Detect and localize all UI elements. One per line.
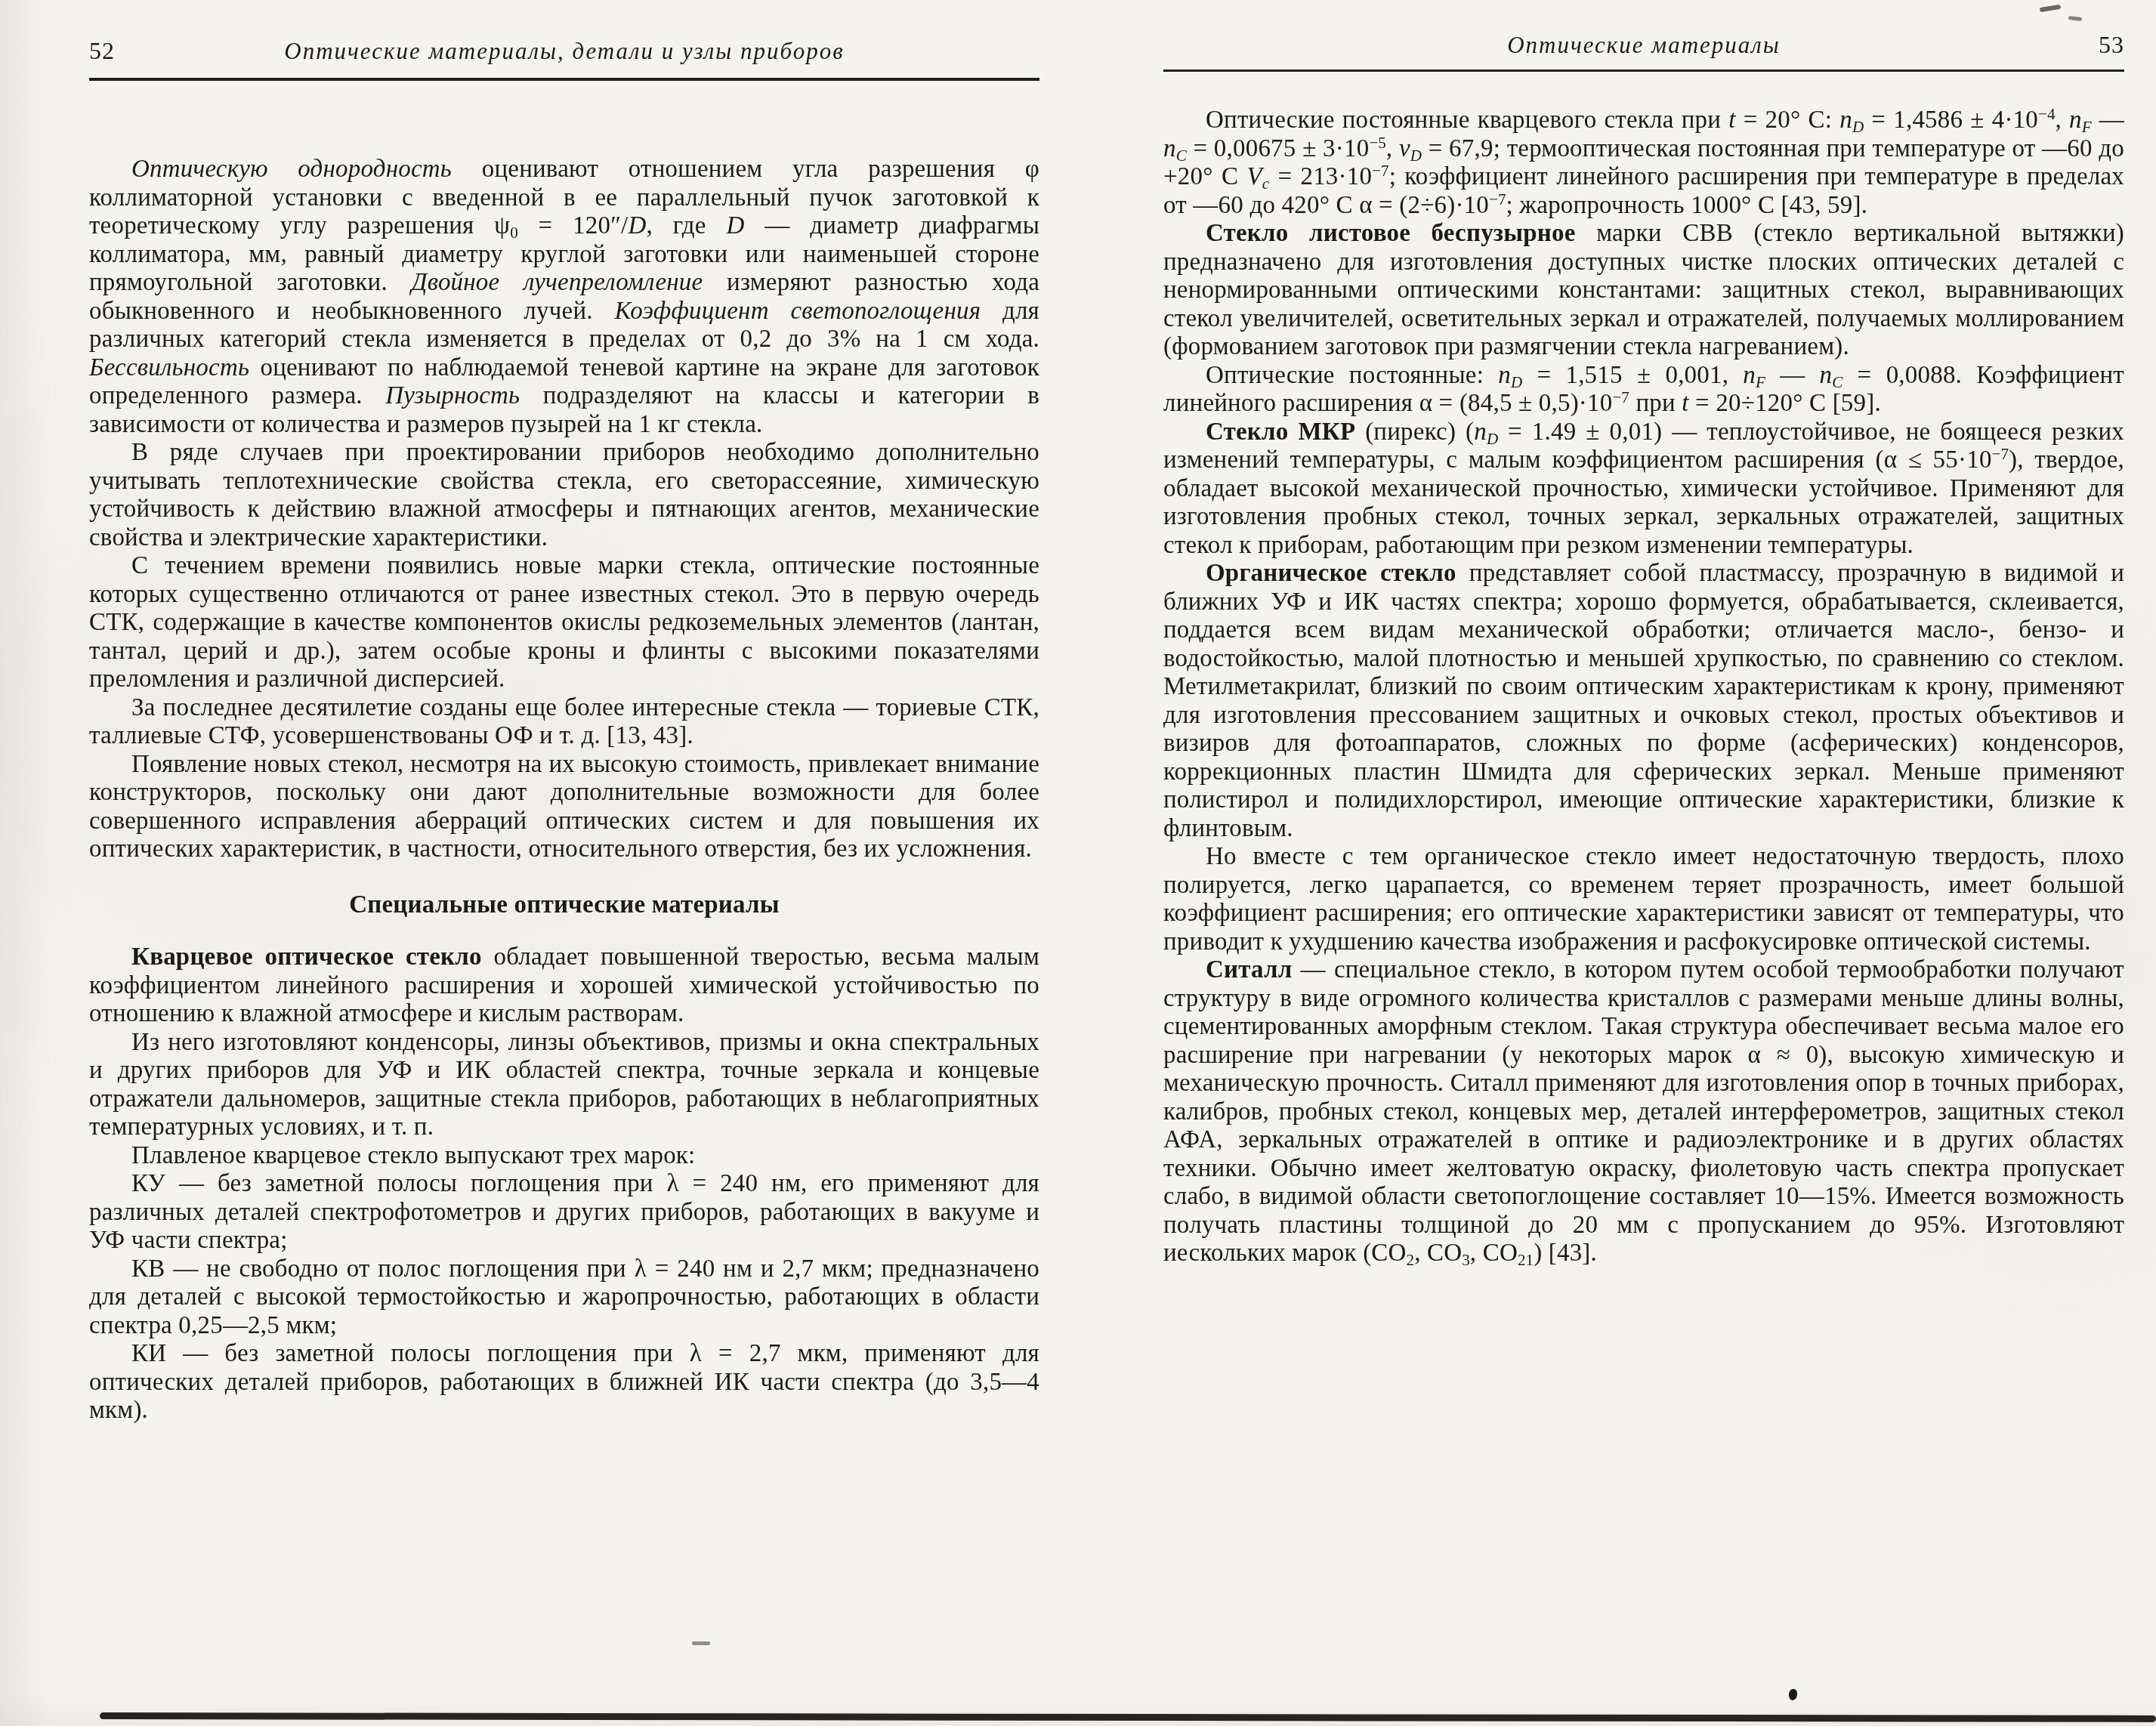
- paragraph: В ряде случаев при проектировании прибор…: [89, 439, 1039, 552]
- left-running-title: Оптические материалы, детали и узлы приб…: [162, 34, 967, 69]
- paragraph: За последнее десятилетие созданы еще бол…: [89, 694, 1039, 751]
- right-header-rule: [1163, 69, 2124, 72]
- paragraph: С течением времени появились новые марки…: [89, 552, 1039, 694]
- left-header-rule: [89, 78, 1039, 81]
- paragraph: Появление новых стекол, несмотря на их в…: [89, 751, 1039, 864]
- left-page-body: Оптическую однородность оценивают отноше…: [89, 156, 1039, 1425]
- left-page-header: 52 Оптические материалы, детали и узлы п…: [89, 33, 1039, 69]
- paragraph: Стекло листовое беспузырное марки СВВ (с…: [1163, 220, 2124, 362]
- paragraph: Оптические постоянные кварцевого стекла …: [1163, 107, 2124, 220]
- scan-speck-artifact: [2040, 5, 2062, 12]
- left-page-number: 52: [89, 33, 162, 68]
- scan-bottom-edge-artifact: [100, 1712, 2156, 1722]
- paragraph: Кварцевое оптическое стекло обладает пов…: [89, 943, 1039, 1029]
- paragraph: КУ — без заметной полосы поглощения при …: [89, 1170, 1039, 1255]
- right-page-body: Оптические постоянные кварцевого стекла …: [1163, 107, 2124, 1268]
- section-heading: Специальные оптические материалы: [89, 891, 1039, 920]
- right-page: Оптические материалы 53 Оптические посто…: [1163, 27, 2124, 1268]
- paragraph: Плавленое кварцевое стекло выпускают тре…: [89, 1142, 1039, 1171]
- scan-dash-artifact: [692, 1641, 710, 1645]
- right-page-number: 53: [2052, 27, 2124, 62]
- right-page-header: Оптические материалы 53: [1163, 27, 2124, 63]
- paragraph: Оптическую однородность оценивают отноше…: [89, 156, 1039, 439]
- paragraph: Ситалл — специальное стекло, в котором п…: [1163, 956, 2124, 1268]
- paragraph: КИ — без заметной полосы поглощения при …: [89, 1340, 1039, 1425]
- left-page: 52 Оптические материалы, детали и узлы п…: [89, 33, 1039, 1425]
- paragraph: Стекло МКР (пирекс) (nD = 1.49 ± 0,01) —…: [1163, 418, 2124, 560]
- paragraph: КВ — не свободно от полос поглощения при…: [89, 1255, 1039, 1341]
- scan-speck-artifact: [2068, 16, 2082, 21]
- paragraph: Но вместе с тем органическое стекло имее…: [1163, 843, 2124, 956]
- paragraph: Органическое стекло представляет собой п…: [1163, 560, 2124, 843]
- paragraph: Оптические постоянные: nD = 1,515 ± 0,00…: [1163, 362, 2124, 418]
- paragraph: Из него изготовляют конденсоры, линзы об…: [89, 1029, 1039, 1142]
- ink-blot-artifact: [1789, 1689, 1797, 1700]
- right-running-title: Оптические материалы: [1236, 28, 2052, 63]
- book-spread-scan: 52 Оптические материалы, детали и узлы п…: [0, 0, 2156, 1726]
